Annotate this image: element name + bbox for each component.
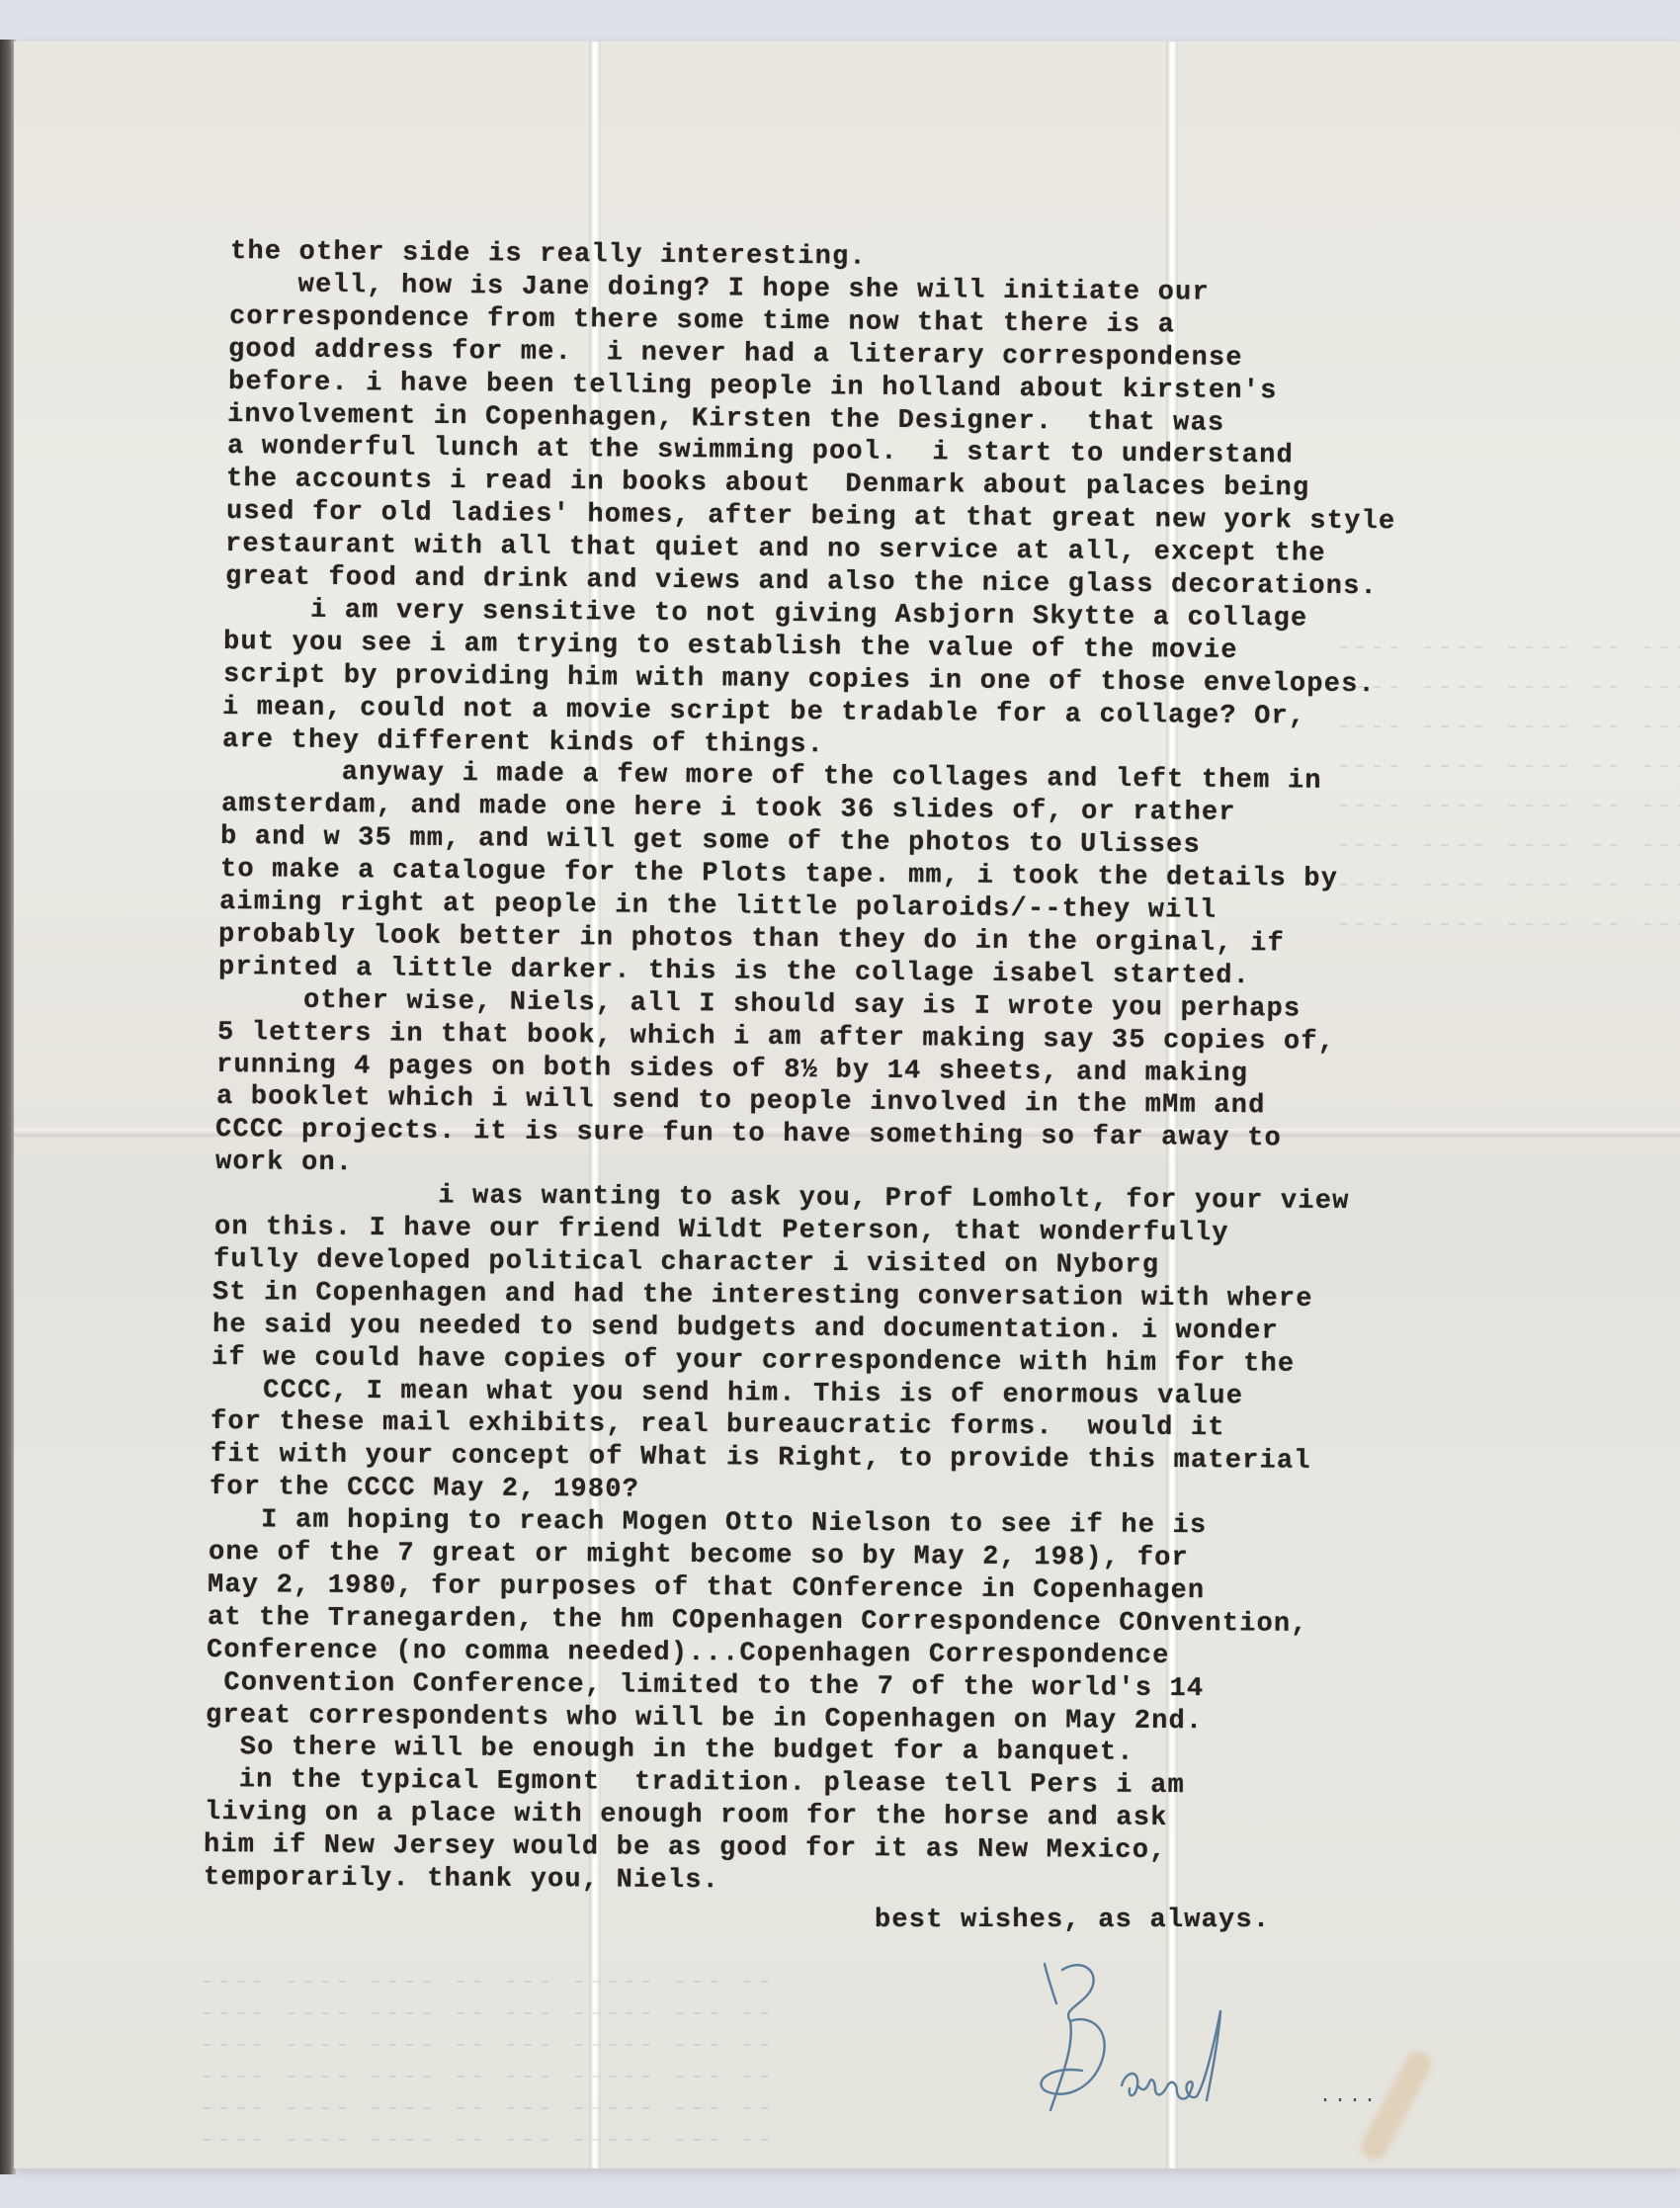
letter-line: if we could have copies of your correspo… [211, 1343, 1296, 1380]
handwritten-signature: David [1023, 1952, 1319, 2140]
letter-line: I am hoping to reach Mogen Otto Nielson … [209, 1505, 1207, 1541]
trailing-dots: .... [1319, 2085, 1379, 2108]
letter-line: on this. I have our friend Wildt Peterso… [213, 1213, 1228, 1248]
show-through-line: -- --- ----- --- -- ---- ---- ---- [1334, 870, 1680, 899]
show-through-line: -- --- ----- --- -- ---- ---- ---- [198, 1998, 773, 2028]
letter-line: temporarily. thank you, Niels. [203, 1863, 718, 1896]
letter-line: living on a place with enough room for t… [205, 1798, 1168, 1833]
show-through-line: -- --- ----- --- -- ---- ---- ---- [1334, 712, 1680, 741]
letter-line: he said you needed to send budgets and d… [212, 1311, 1279, 1347]
show-through-line: -- --- ----- --- -- ---- ---- ---- [1334, 830, 1680, 860]
letter-line: one of the 7 great or might become so by… [209, 1538, 1189, 1573]
letter-line: work on. [214, 1147, 352, 1178]
show-through-line: -- --- ----- --- -- ---- ---- ---- [1334, 633, 1680, 662]
letter-closing: best wishes, as always. [875, 1906, 1270, 1935]
letter-line: the other side is really interesting. [230, 237, 867, 273]
letter-line: So there will be enough in the budget fo… [206, 1733, 1134, 1768]
letter-line: fully developed political character i vi… [213, 1245, 1159, 1281]
letter-line: May 2, 1980, for purposes of that COnfer… [208, 1571, 1206, 1606]
show-through-line: -- --- ----- --- -- ---- ---- ---- [198, 2093, 773, 2123]
show-through-line: -- --- ----- --- -- ---- ---- ---- [198, 2125, 773, 2155]
letter-line: are they different kinds of things. [222, 725, 824, 760]
letter-line: him if New Jersey would be as good for i… [204, 1830, 1167, 1866]
show-through-line: -- --- ----- --- -- ---- ---- ---- [1334, 751, 1680, 781]
letter-line: Convention Conference, limited to the 7 … [207, 1668, 1205, 1704]
show-through-line: -- --- ----- --- -- ---- ---- ---- [198, 2030, 773, 2060]
show-through-line: -- --- ----- --- -- ---- ---- ---- [1334, 791, 1680, 820]
show-through-line: -- --- ----- --- -- ---- ---- ---- [1334, 909, 1680, 939]
letter-line: CCCC, I mean what you send him. This is … [211, 1376, 1243, 1411]
show-through-line: -- --- ----- --- -- ---- ---- ---- [1334, 672, 1680, 702]
letter-line: for the CCCC May 2, 1980? [210, 1473, 639, 1505]
letter-line: great correspondents who will be in Cope… [206, 1701, 1204, 1737]
letter-line: Conference (no comma needed)...Copenhage… [207, 1636, 1170, 1671]
show-through-line: -- --- ----- --- -- ---- ---- ---- [198, 1967, 773, 1996]
show-through-line: -- --- ----- --- -- ---- ---- ---- [198, 2062, 773, 2091]
